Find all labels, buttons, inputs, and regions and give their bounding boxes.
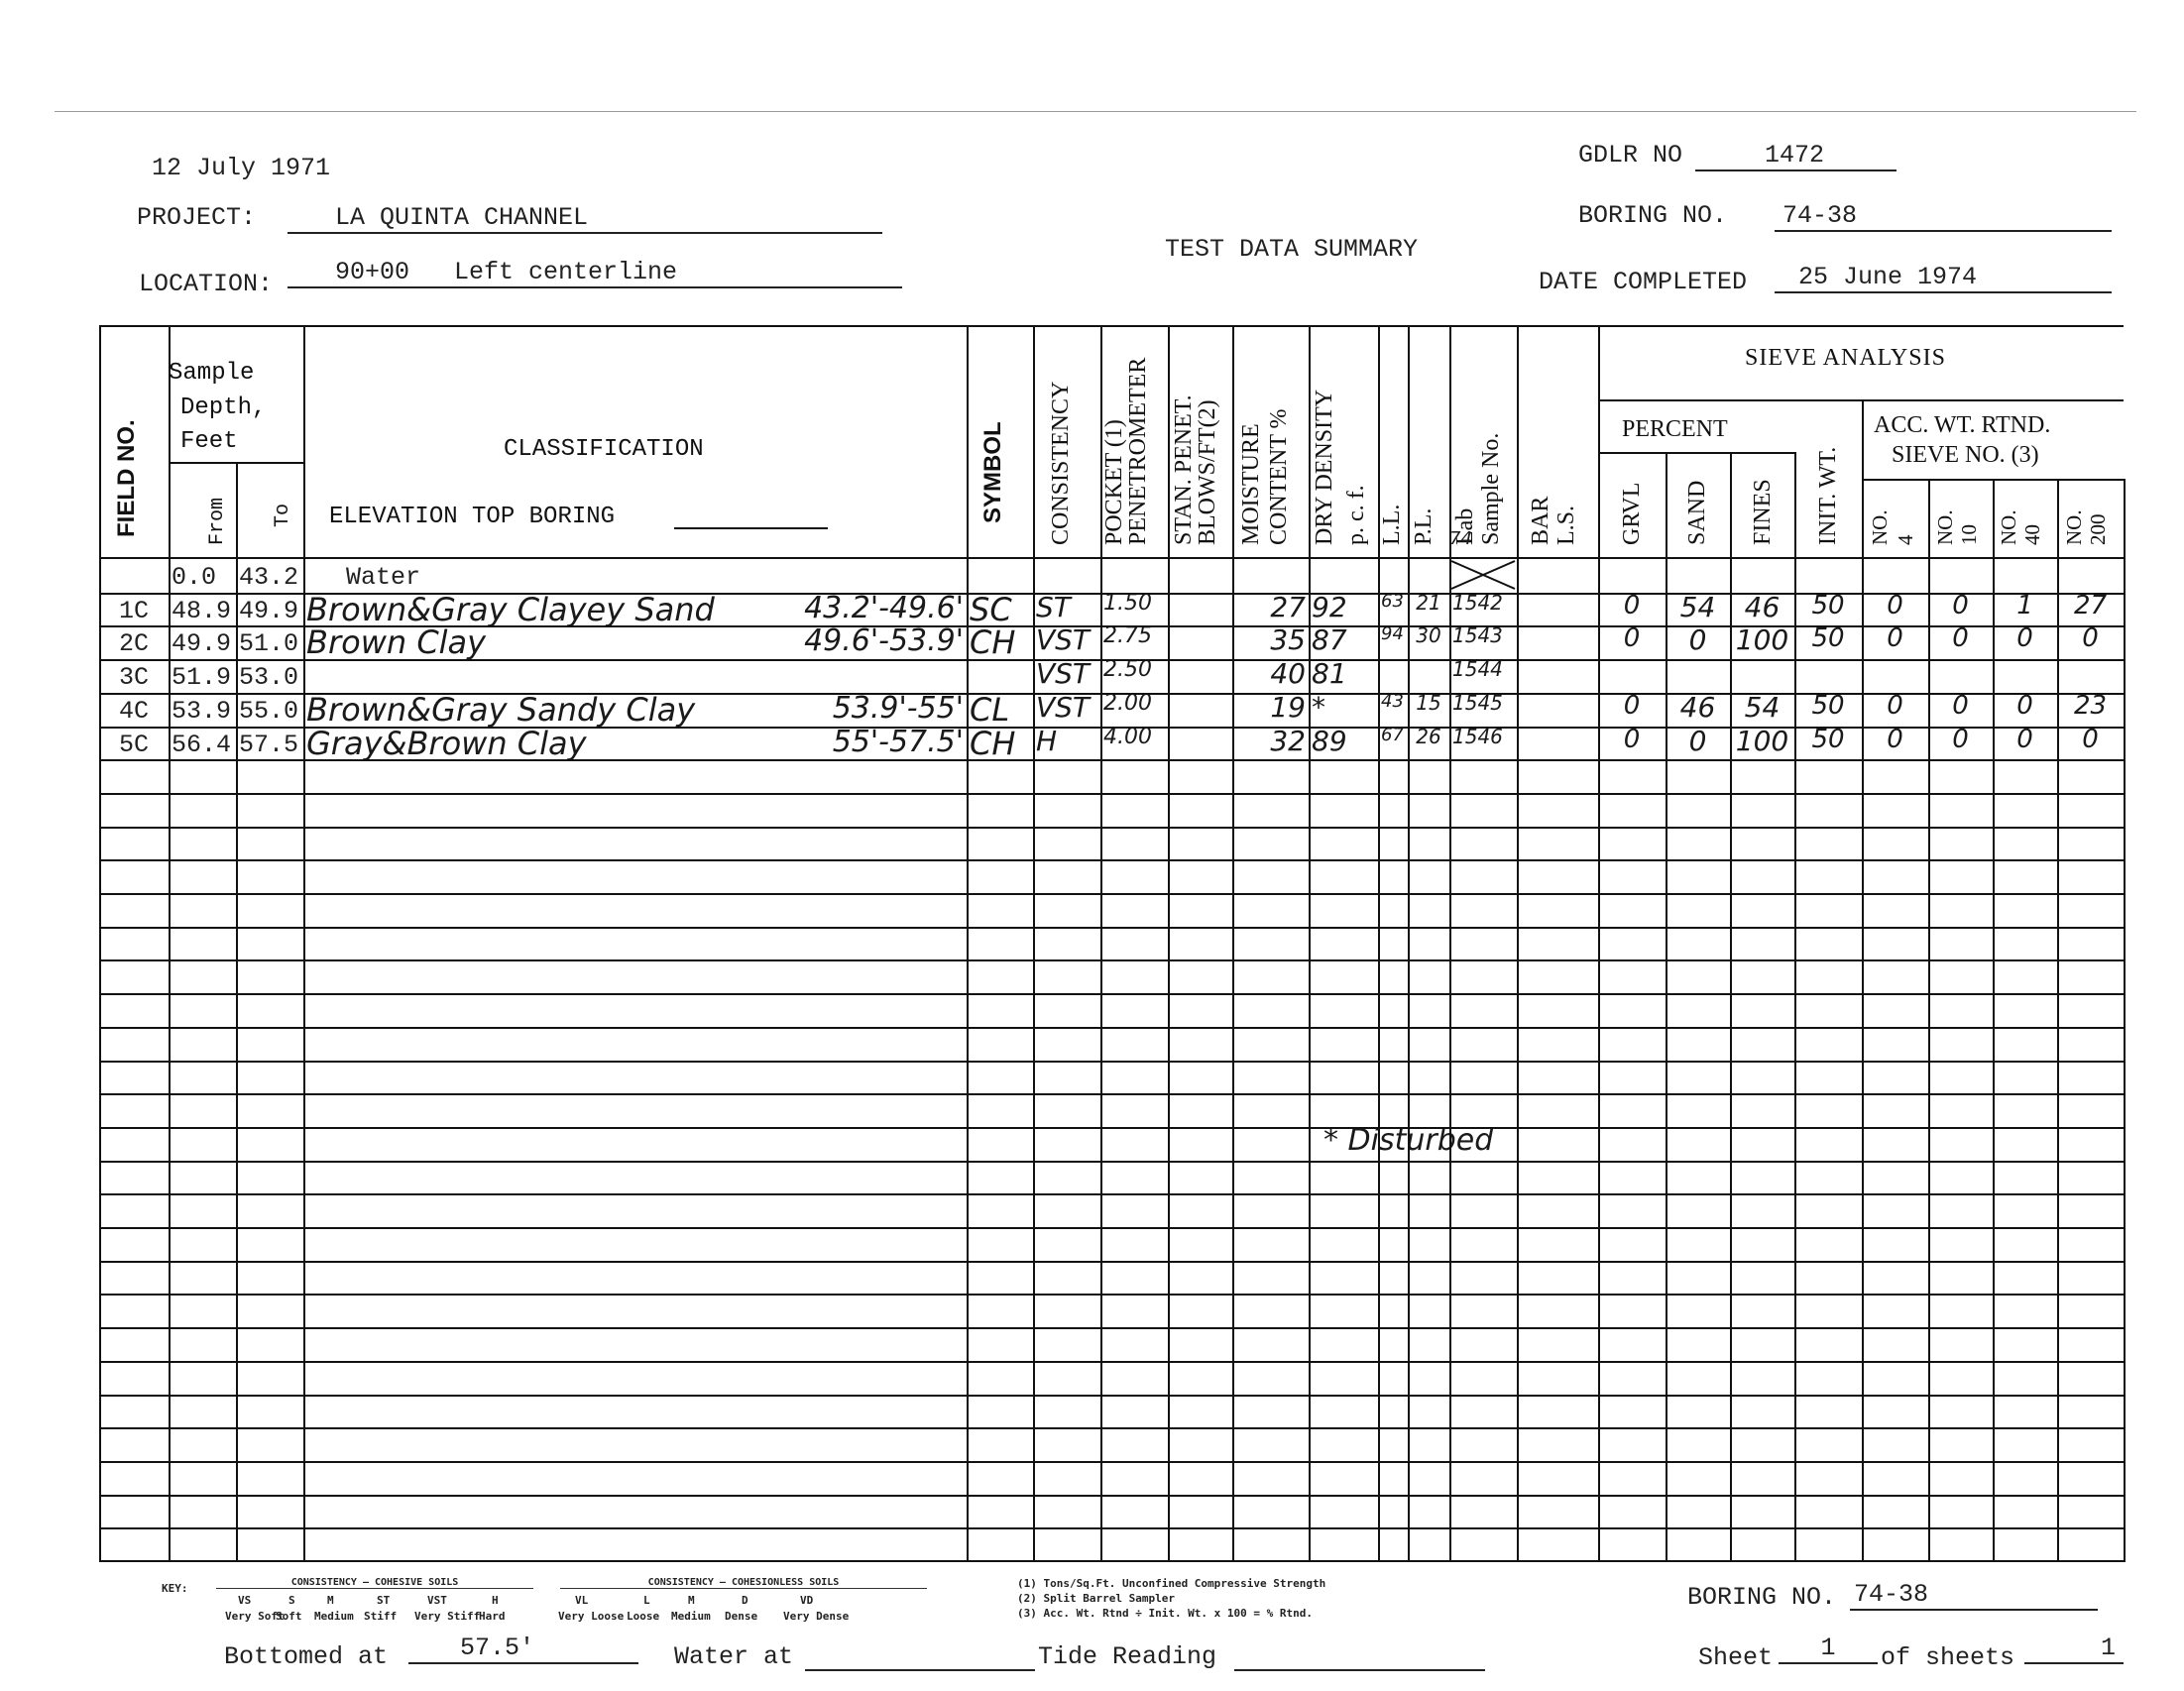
key-cohesionless-name: Very Dense (783, 1610, 849, 1623)
header-no200-a: NO. (2062, 509, 2086, 545)
cell-to: 51.0 (239, 629, 300, 658)
header-sieve-analysis: SIEVE ANALYSIS (1745, 345, 1946, 372)
cell-from: 0.0 (172, 563, 233, 592)
key-cohesive-name: Soft (276, 1610, 302, 1623)
header-blows: BLOWS/FT(2) (1194, 399, 1221, 545)
project-field: LA QUINTA CHANNEL (287, 203, 882, 234)
row-divider (99, 1227, 2124, 1229)
row-divider (99, 1427, 2124, 1429)
header-classification: CLASSIFICATION (504, 436, 704, 463)
header-ls: L.S. (1552, 506, 1580, 545)
test-data-table: FIELD NO. Sample Depth, Feet From To CLA… (99, 325, 2124, 1562)
row-divider (99, 993, 2124, 995)
cell-depth-range: 55'-57.5' (737, 725, 964, 759)
row-divider (99, 1261, 2124, 1263)
row-divider (99, 1361, 2124, 1363)
header-init-wt: INIT. WT. (1814, 447, 1842, 545)
key-cohesionless-abbr: D (742, 1594, 748, 1607)
cell-classification: Brown Clay (306, 623, 790, 661)
header-to: To (270, 504, 297, 527)
header-percent: PERCENT (1622, 416, 1728, 443)
key-cohesionless-name: Medium (671, 1610, 711, 1623)
row-divider (99, 727, 2124, 729)
key-cohesionless-abbr: L (643, 1594, 650, 1607)
header-bottom-line (99, 557, 2124, 559)
cell-consistency: H (1036, 725, 1097, 757)
gdlr-label: GDLR NO (1578, 141, 1682, 169)
water-label: Water at (674, 1642, 793, 1671)
row-divider (99, 1093, 2124, 1095)
date-completed-field: 25 June 1974 (1775, 263, 2112, 293)
header-dry-density: DRY DENSITY (1311, 390, 1338, 545)
cell-init-wt: 50 (1797, 623, 1859, 653)
cell-init-wt: 50 (1797, 691, 1859, 721)
cell-dry-density: 81 (1312, 657, 1375, 690)
column-divider (1309, 325, 1311, 1562)
report-date: 12 July 1971 (152, 154, 330, 182)
bottomed-label: Bottomed at (224, 1642, 388, 1671)
footer-boring-label: BORING NO. (1687, 1583, 1836, 1612)
key-cohesive-name: Stiff (364, 1610, 397, 1623)
header-feet: Feet (180, 428, 238, 455)
header-no40-a: NO. (1997, 509, 2020, 545)
header-depth: Depth, (180, 395, 266, 421)
cell-grvl: 0 (1601, 691, 1663, 721)
row-divider (99, 659, 2124, 661)
key-label: KEY: (162, 1582, 188, 1595)
footer-boring-field: 74-38 (1850, 1580, 2098, 1611)
cell-no4: 0 (1865, 691, 1925, 721)
header-no40-b: 40 (2020, 524, 2044, 545)
cell-field: 1C (102, 597, 166, 625)
header-moisture: MOISTURE (1237, 423, 1265, 545)
row-divider (99, 793, 2124, 795)
column-divider (1598, 325, 1600, 1562)
key-cohesive-abbr: VST (427, 1594, 447, 1607)
cell-moisture: 35 (1235, 623, 1306, 656)
boring-field: 74-38 (1775, 201, 2112, 232)
cell-field: 5C (102, 731, 166, 759)
column-divider (967, 325, 969, 1562)
cell-to: 55.0 (239, 697, 300, 726)
key-cohesive-abbr: S (288, 1594, 295, 1607)
cell-to: 43.2 (239, 563, 300, 592)
sheet-field: 1 (1779, 1634, 1878, 1664)
header-consistency: CONSISTENCY (1047, 382, 1075, 545)
location-label: LOCATION: (139, 270, 273, 298)
cell-consistency: VST (1036, 691, 1097, 724)
row-divider (99, 859, 2124, 861)
percent-subheader-line (1598, 452, 1794, 454)
cell-moisture: 19 (1235, 691, 1306, 724)
table-top-border (99, 325, 2124, 327)
header-no200-b: 200 (2086, 514, 2110, 546)
row-divider (99, 1327, 2124, 1329)
header-content: CONTENT % (1265, 408, 1293, 545)
cell-dry-density: 89 (1312, 725, 1375, 757)
cell-from: 56.4 (172, 731, 233, 759)
table-bottom-border (99, 1560, 2124, 1562)
column-divider (169, 325, 171, 1562)
row-divider (99, 625, 2124, 627)
header-elevation-top-boring: ELEVATION TOP BORING (329, 504, 615, 530)
key-cohesive-abbr: M (327, 1594, 334, 1607)
key-cohesive-name: Hard (479, 1610, 506, 1623)
cell-grvl: 0 (1601, 623, 1663, 653)
column-divider (1408, 325, 1410, 1562)
cell-no40: 0 (1996, 725, 2054, 754)
cell-from: 53.9 (172, 697, 233, 726)
cell-no40: 0 (1996, 691, 2054, 721)
elevation-blank-line (674, 527, 828, 529)
cell-symbol: CH (970, 623, 1030, 661)
cell-dry-density: * (1312, 691, 1375, 724)
cell-moisture: 32 (1235, 725, 1306, 757)
cell-no200: 23 (2060, 691, 2121, 721)
cell-no4: 0 (1865, 591, 1925, 620)
header-fines: FINES (1749, 479, 1777, 545)
cell-depth-range: 53.9'-55' (737, 691, 964, 726)
header-from: From (204, 498, 232, 545)
cell-no40: 0 (1996, 623, 2054, 653)
cell-from: 48.9 (172, 597, 233, 625)
lab-year-mark: 74 (1449, 528, 1472, 549)
row-divider (99, 959, 2124, 961)
cell-depth-range: 43.2'-49.6' (737, 591, 964, 625)
bottomed-field: 57.5' (408, 1634, 638, 1664)
column-divider (1232, 325, 1234, 1562)
header-grvl: GRVL (1618, 483, 1646, 545)
cell-sand: 0 (1668, 623, 1727, 656)
row-divider (99, 1527, 2124, 1529)
boring-label: BORING NO. (1578, 201, 1727, 230)
column-divider (1862, 399, 1864, 1562)
column-divider (1928, 479, 1930, 1562)
header-field-no: FIELD NO. (113, 419, 141, 537)
of-sheets-label: of sheets (1881, 1643, 2014, 1672)
row-divider (99, 927, 2124, 929)
column-divider (2057, 479, 2059, 1562)
header-pcf: p. c. f. (1342, 485, 1370, 545)
lab-sample-x-mark (1449, 559, 1517, 591)
tide-label: Tide Reading (1038, 1642, 1216, 1671)
header-sand: SAND (1683, 481, 1711, 545)
header-pl: P.L. (1410, 508, 1437, 545)
cell-fines: 100 (1733, 623, 1791, 656)
key-cohesionless-name: Very Loose (558, 1610, 624, 1623)
row-divider (99, 1193, 2124, 1195)
cell-depth-range: 49.6'-53.9' (737, 623, 964, 658)
column-divider (1449, 325, 1451, 1562)
row-divider (99, 1027, 2124, 1029)
header-no4-a: NO. (1868, 509, 1892, 545)
cell-no4: 0 (1865, 725, 1925, 754)
column-divider (1993, 479, 1995, 1562)
cell-dry-density: 92 (1312, 591, 1375, 623)
gdlr-field: 1472 (1695, 141, 1897, 171)
date-completed-label: DATE COMPLETED (1539, 268, 1747, 296)
key-cohesive-name: Medium (314, 1610, 354, 1623)
cell-no200: 0 (2060, 725, 2121, 754)
key-note-2: (2) Split Barrel Sampler (1017, 1592, 1175, 1605)
cell-no200: 27 (2060, 591, 2121, 620)
row-divider (99, 759, 2124, 761)
column-divider (2124, 479, 2126, 1562)
row-divider (99, 1294, 2124, 1296)
document-title: TEST DATA SUMMARY (1165, 235, 1418, 264)
key-cohesionless-abbr: VD (800, 1594, 813, 1607)
key-cohesionless-name: Loose (627, 1610, 659, 1623)
key-cohesive-title: CONSISTENCY — COHESIVE SOILS (216, 1577, 533, 1589)
key-note-1: (1) Tons/Sq.Ft. Unconfined Compressive S… (1017, 1577, 1325, 1590)
cell-from: 49.9 (172, 629, 233, 658)
cell-fines: 46 (1733, 591, 1791, 623)
tide-field (1234, 1642, 1485, 1671)
of-sheets-field: 1 (2024, 1634, 2124, 1664)
cell-consistency: VST (1036, 657, 1097, 690)
header-bar: BAR (1527, 497, 1554, 545)
row-divider (99, 1061, 2124, 1063)
row-divider (99, 893, 2124, 895)
column-divider (1378, 325, 1380, 1562)
cell-moisture: 27 (1235, 591, 1306, 623)
cell-no10: 0 (1931, 623, 1990, 653)
row-divider (99, 1395, 2124, 1397)
cell-no200: 0 (2060, 623, 2121, 653)
cell-classification: Brown&Gray Clayey Sand (306, 591, 790, 628)
row-divider (99, 1127, 2124, 1129)
cell-to: 53.0 (239, 663, 300, 692)
cell-field: 2C (102, 629, 166, 658)
column-divider (1168, 325, 1170, 1562)
cell-consistency: VST (1036, 623, 1097, 656)
water-field (805, 1642, 1035, 1671)
key-cohesionless-title: CONSISTENCY — COHESIONLESS SOILS (560, 1577, 927, 1589)
cell-no10: 0 (1931, 591, 1990, 620)
key-cohesive-abbr: ST (377, 1594, 390, 1607)
cell-field: 4C (102, 697, 166, 726)
cell-sand: 0 (1668, 725, 1727, 757)
column-divider (99, 325, 101, 1562)
cell-grvl: 0 (1601, 591, 1663, 620)
header-penetrometer: PENETROMETER (1124, 358, 1152, 545)
header-sieve-no: SIEVE NO. (3) (1892, 442, 2039, 469)
column-divider (1100, 325, 1102, 1562)
header-no4-b: 4 (1894, 535, 1917, 546)
column-divider (303, 325, 305, 1562)
cell-dry-density: 87 (1312, 623, 1375, 656)
key-cohesionless-abbr: VL (575, 1594, 588, 1607)
row-divider (99, 827, 2124, 829)
page-top-border (55, 111, 2136, 112)
cell-symbol: CH (970, 725, 1030, 762)
key-cohesive-abbr: H (492, 1594, 499, 1607)
cell-fines: 100 (1733, 725, 1791, 757)
row-divider (99, 693, 2124, 695)
cell-no4: 0 (1865, 623, 1925, 653)
header-no10-a: NO. (1933, 509, 1957, 545)
header-no10-b: 10 (1957, 524, 1981, 545)
cell-init-wt: 50 (1797, 591, 1859, 620)
sieve-subheader-line (1598, 399, 2124, 401)
cell-symbol: SC (970, 591, 1030, 628)
cell-field: 3C (102, 663, 166, 692)
location-field: 90+00 Left centerline (287, 258, 902, 288)
cell-grvl: 0 (1601, 725, 1663, 754)
row-divider (99, 1495, 2124, 1497)
column-divider (1517, 325, 1519, 1562)
header-ll: L.L. (1378, 505, 1406, 545)
cell-sand: 46 (1668, 691, 1727, 724)
cell-no10: 0 (1931, 725, 1990, 754)
cell-no40: 1 (1996, 591, 2054, 620)
cell-from: 51.9 (172, 663, 233, 692)
project-label: PROJECT: (137, 203, 256, 232)
header-symbol: SYMBOL (979, 421, 1007, 523)
cell-classification: Brown&Gray Sandy Clay (306, 691, 790, 729)
cell-to: 49.9 (239, 597, 300, 625)
row-divider (99, 1461, 2124, 1463)
header-sample: Sample (169, 360, 254, 387)
header-acc-wt: ACC. WT. RTND. (1874, 412, 2050, 439)
key-note-3: (3) Acc. Wt. Rtnd ÷ Init. Wt. x 100 = % … (1017, 1607, 1313, 1620)
cell-to: 57.5 (239, 731, 300, 759)
key-cohesive-abbr: VS (238, 1594, 251, 1607)
key-cohesionless-name: Dense (725, 1610, 757, 1623)
key-cohesionless-abbr: M (688, 1594, 695, 1607)
cell-sand: 54 (1668, 591, 1727, 623)
cell-symbol: CL (970, 691, 1030, 729)
cell-classification: Gray&Brown Clay (306, 725, 790, 762)
cell-fines: 54 (1733, 691, 1791, 724)
cell-classification: Water (306, 563, 830, 592)
row-divider (99, 593, 2124, 595)
cell-init-wt: 50 (1797, 725, 1859, 754)
cell-no10: 0 (1931, 691, 1990, 721)
header-sample-no: Sample No. (1477, 433, 1505, 545)
cell-consistency: ST (1036, 591, 1097, 623)
column-divider (1033, 325, 1035, 1562)
row-divider (99, 1161, 2124, 1163)
sheet-label: Sheet (1698, 1643, 1773, 1672)
cell-moisture: 40 (1235, 657, 1306, 690)
key-cohesive-name: Very Stiff (414, 1610, 480, 1623)
